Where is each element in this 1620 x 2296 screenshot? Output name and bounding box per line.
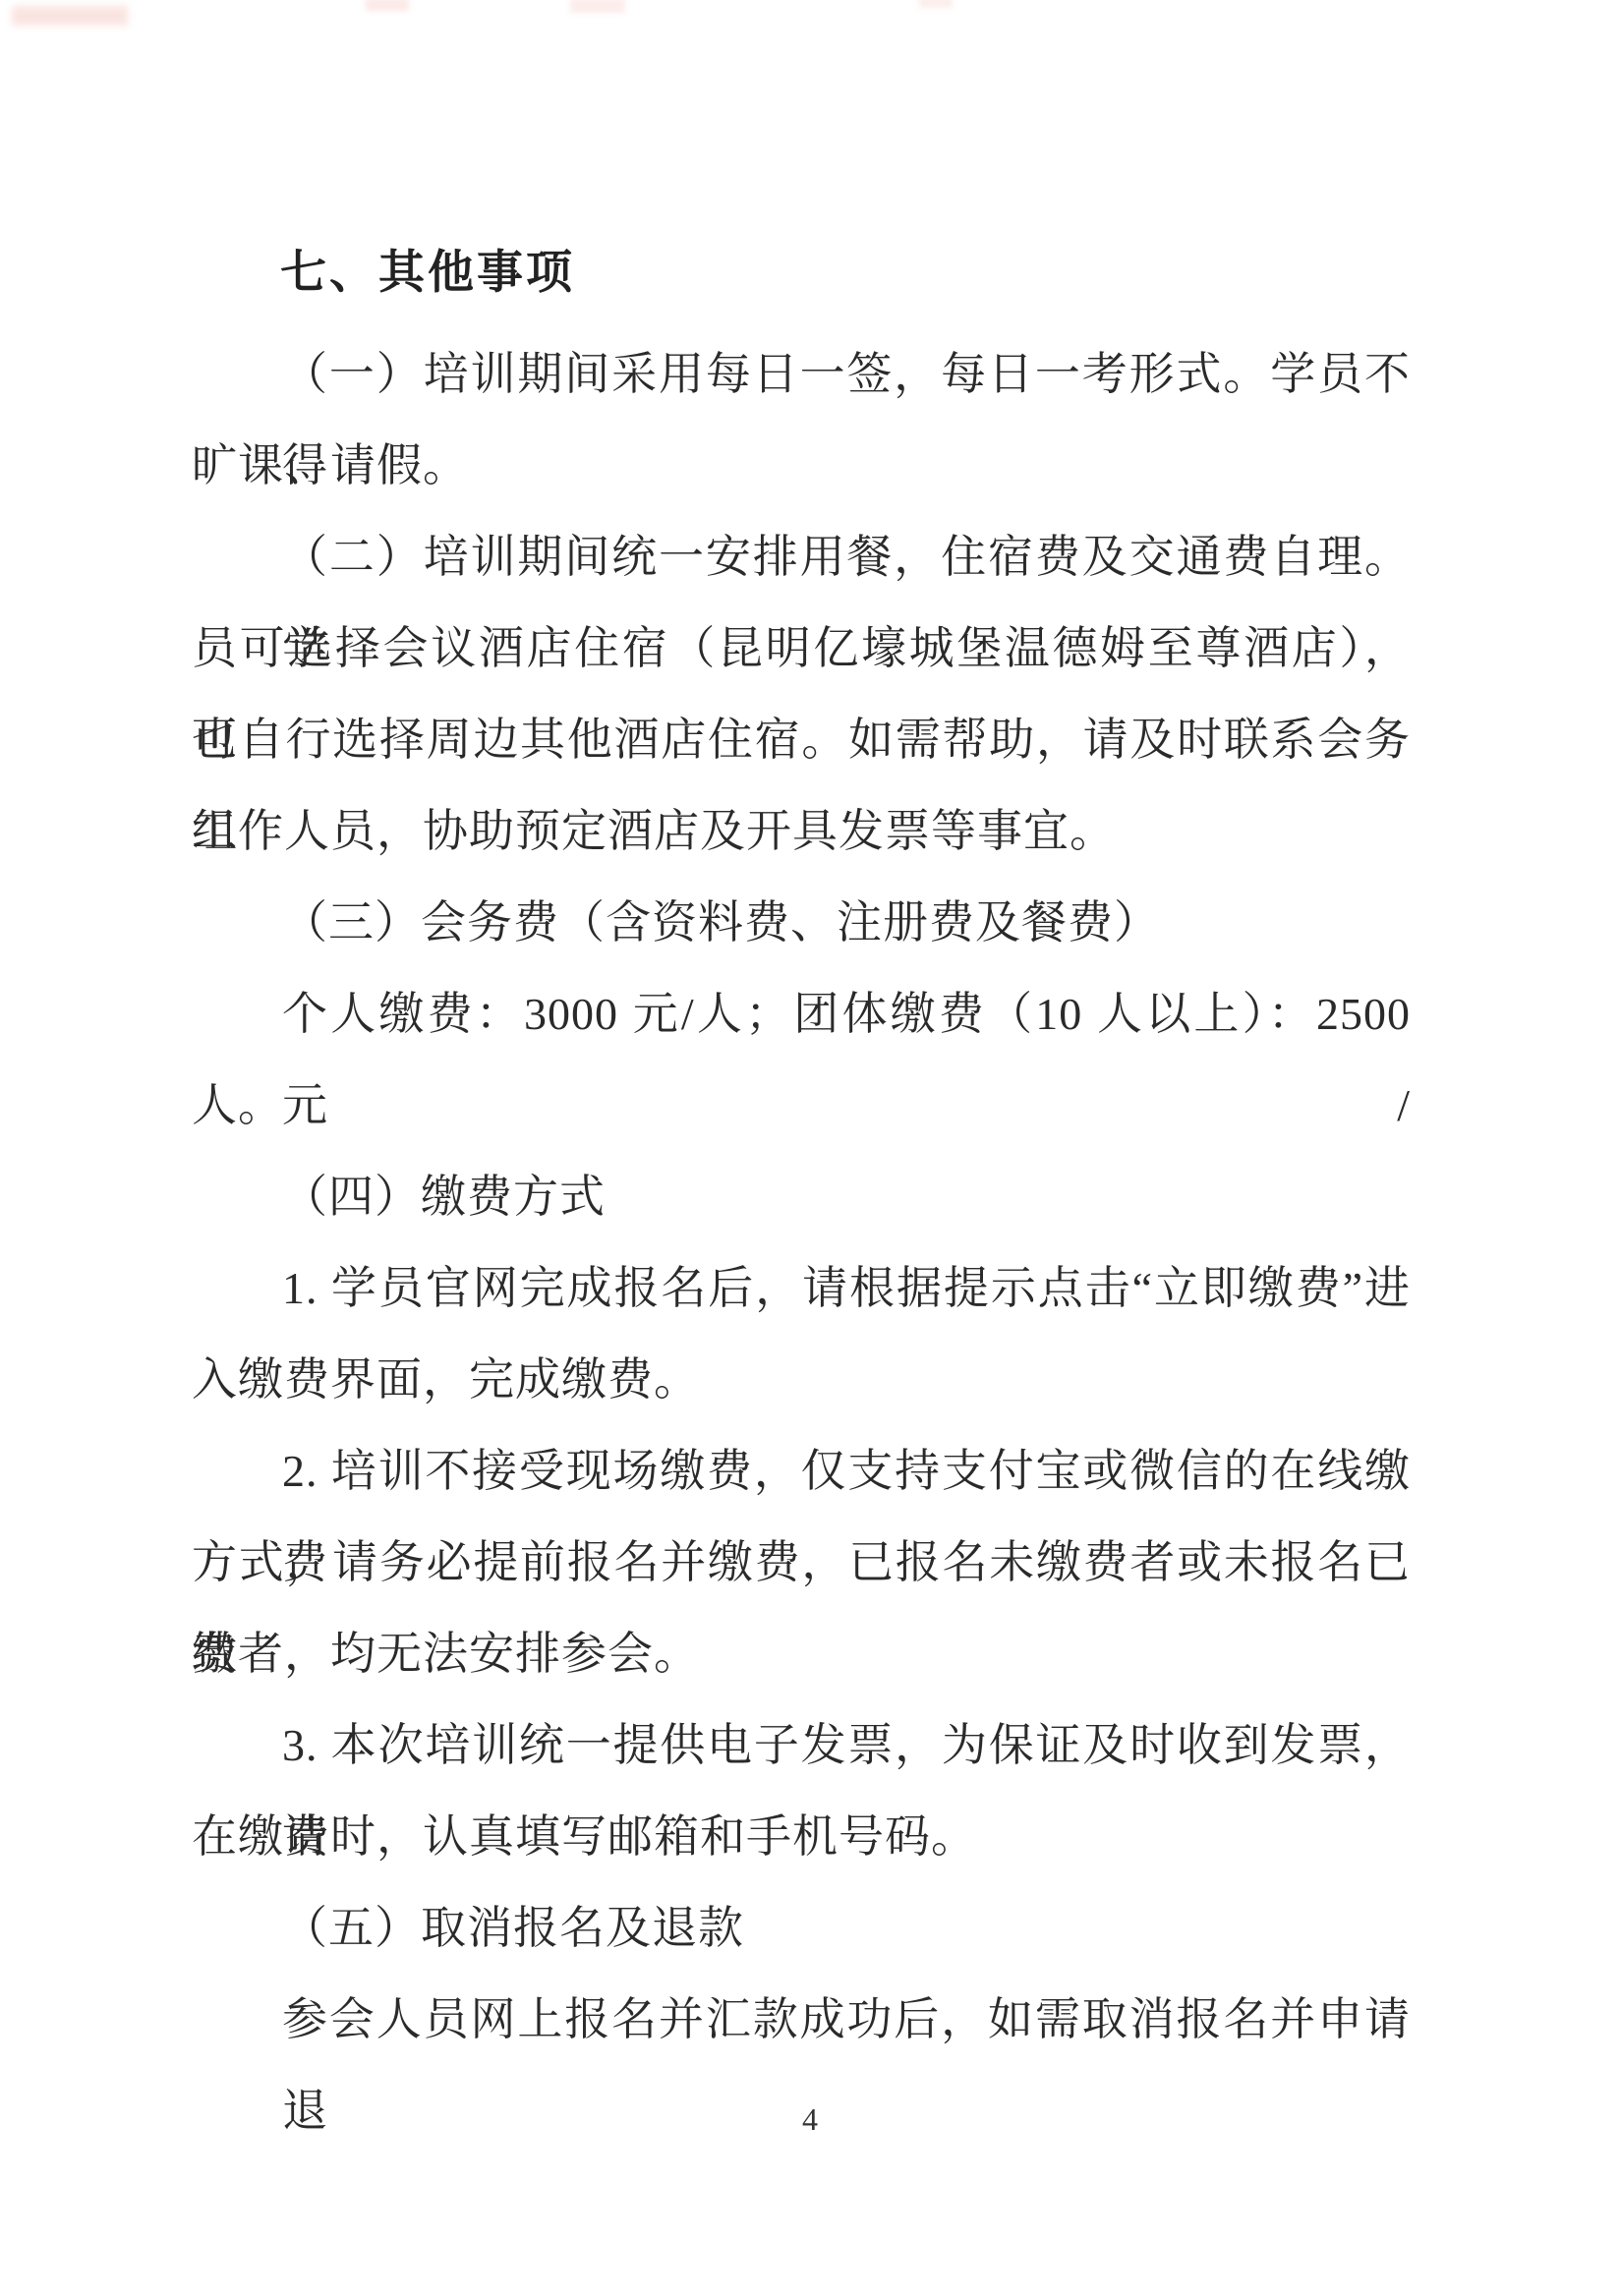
- scan-artifact-red: [12, 6, 128, 26]
- document-body: （一）培训期间采用每日一签，每日一考形式。学员不得旷课、请假。（二）培训期间统一…: [192, 328, 1411, 2065]
- scan-artifact-red: [570, 0, 625, 13]
- text-line: （四）缴费方式: [192, 1151, 1411, 1242]
- text-line: 3. 本次培训统一提供电子发票，为保证及时收到发票，请: [192, 1699, 1411, 1791]
- text-line: （一）培训期间采用每日一签，每日一考形式。学员不得: [192, 328, 1411, 420]
- text-line: （五）取消报名及退款: [192, 1882, 1411, 1974]
- text-line: 员可选择会议酒店住宿（昆明亿壕城堡温德姆至尊酒店），也: [192, 603, 1411, 694]
- text-line: 2. 培训不接受现场缴费，仅支持支付宝或微信的在线缴费: [192, 1425, 1411, 1517]
- text-line: 在缴费时，认真填写邮箱和手机号码。: [192, 1791, 1411, 1882]
- document-page: 七、其他事项 （一）培训期间采用每日一签，每日一考形式。学员不得旷课、请假。（二…: [0, 0, 1620, 2296]
- scan-artifact-red: [366, 0, 409, 11]
- text-line: 入缴费界面，完成缴费。: [192, 1334, 1411, 1425]
- page-number: 4: [0, 2101, 1620, 2138]
- text-line: （三）会务费（含资料费、注册费及餐费）: [192, 877, 1411, 968]
- text-line: 可自行选择周边其他酒店住宿。如需帮助，请及时联系会务组: [192, 694, 1411, 785]
- text-line: 旷课、请假。: [192, 420, 1411, 511]
- text-line: 费者，均无法安排参会。: [192, 1608, 1411, 1699]
- text-line: 工作人员，协助预定酒店及开具发票等事宜。: [192, 785, 1411, 877]
- section-heading: 七、其他事项: [280, 236, 575, 302]
- text-line: 参会人员网上报名并汇款成功后，如需取消报名并申请退: [192, 1974, 1411, 2065]
- text-line: 方式，请务必提前报名并缴费，已报名未缴费者或未报名已缴: [192, 1517, 1411, 1608]
- text-line: 1. 学员官网完成报名后，请根据提示点击“立即缴费”进: [192, 1242, 1411, 1334]
- scan-artifact-red: [919, 0, 953, 8]
- text-line: 个人缴费：3000 元/人；团体缴费（10 人以上）：2500 元/: [192, 968, 1411, 1060]
- text-line: （二）培训期间统一安排用餐，住宿费及交通费自理。学: [192, 511, 1411, 603]
